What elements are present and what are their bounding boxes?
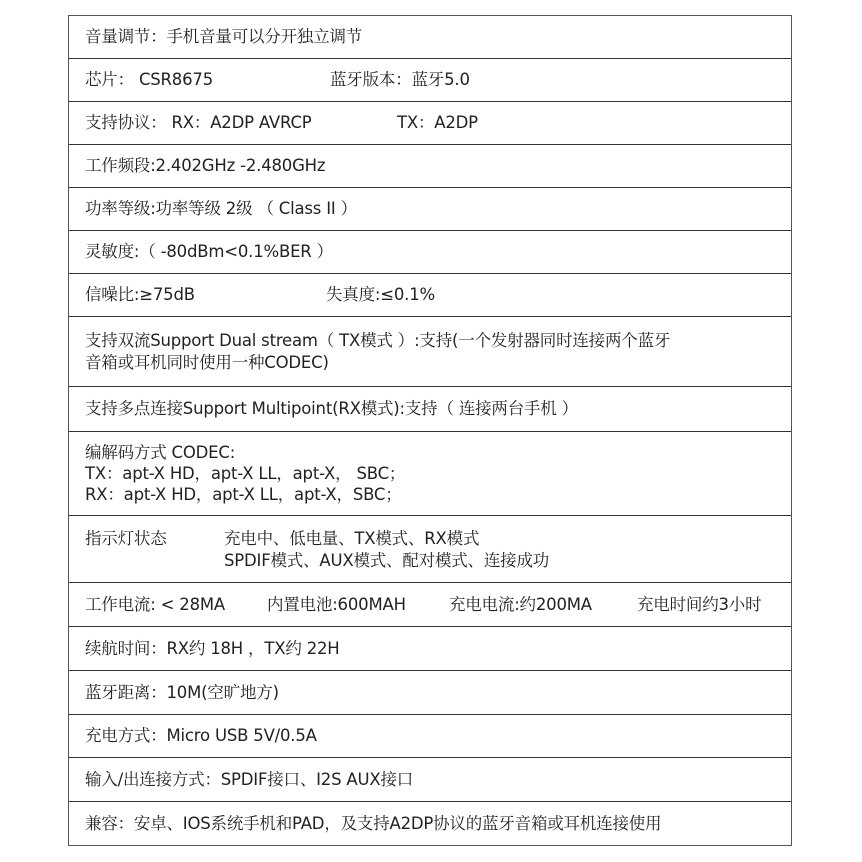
spec-text: 输入/出连接方式：SPDIF接口、I2S AUX接口 [85,769,785,791]
spec-row-volume: 音量调节：手机音量可以分开独立调节 [69,16,791,59]
spec-row-chip: 芯片： CSR8675 蓝牙版本：蓝牙5.0 [69,59,791,102]
spec-row-protocol: 支持协议： RX：A2DP AVRCP TX：A2DP [69,102,791,145]
spec-charge-current: 充电电流:约200MA [449,594,637,616]
spec-row-snr: 信噪比:≥75dB 失真度:≤0.1% [69,274,791,317]
spec-text: 音量调节：手机音量可以分开独立调节 [85,26,785,48]
spec-text: 工作频段:2.402GHz -2.480GHz [85,155,785,177]
spec-text: 续航时间：RX约 18H ，TX约 22H [85,638,785,660]
indicator-value: 充电中、低电量、TX模式、RX模式 [224,528,549,550]
spec-text: 蓝牙距离：10M(空旷地方) [85,682,785,704]
spec-row-dual-stream: 支持双流Support Dual stream（ TX模式 ）:支持(一个发射器… [69,317,791,387]
spec-row-power-class: 功率等级:功率等级 2级 （ Class II ） [69,188,791,231]
spec-row-frequency: 工作频段:2.402GHz -2.480GHz [69,145,791,188]
indicator-value: SPDIF模式、AUX模式、配对模式、连接成功 [224,550,549,572]
spec-line: 支持双流Support Dual stream（ TX模式 ）:支持(一个发射器… [85,330,785,352]
spec-text: 功率等级:功率等级 2级 （ Class II ） [85,198,785,220]
spec-working-current: 工作电流: < 28MA [85,594,267,616]
spec-row-current: 工作电流: < 28MA 内置电池:600MAH 充电电流:约200MA 充电时… [69,583,791,627]
spec-table: 音量调节：手机音量可以分开独立调节 芯片： CSR8675 蓝牙版本：蓝牙5.0… [68,15,792,846]
spec-line: 编解码方式 CODEC: [85,442,785,463]
spec-row-range: 蓝牙距离：10M(空旷地方) [69,671,791,715]
spec-row-sensitivity: 灵敏度:（ -80dBm<0.1%BER ） [69,231,791,274]
spec-battery: 内置电池:600MAH [267,594,449,616]
spec-protocol-rx: 支持协议： RX：A2DP AVRCP [85,112,397,134]
spec-text: 兼容：安卓、IOS系统手机和PAD，及支持A2DP协议的蓝牙音箱或耳机连接使用 [85,813,785,835]
spec-row-battery-life: 续航时间：RX约 18H ，TX约 22H [69,627,791,671]
spec-row-multipoint: 支持多点连接Support Multipoint(RX模式):支持（ 连接两台手… [69,387,791,432]
spec-bluetooth-version: 蓝牙版本：蓝牙5.0 [330,69,470,91]
spec-row-io: 输入/出连接方式：SPDIF接口、I2S AUX接口 [69,758,791,802]
spec-text: 灵敏度:（ -80dBm<0.1%BER ） [85,241,785,263]
spec-text: 充电方式：Micro USB 5V/0.5A [85,725,785,747]
spec-protocol-tx: TX：A2DP [397,112,478,134]
indicator-label: 指示灯状态 [85,528,224,550]
spec-row-charging: 充电方式：Micro USB 5V/0.5A [69,715,791,758]
spec-chip: 芯片： CSR8675 [85,69,330,91]
spec-charge-time: 充电时间约3小时 [637,594,761,616]
spec-row-indicator: 指示灯状态 充电中、低电量、TX模式、RX模式 SPDIF模式、AUX模式、配对… [69,516,791,583]
spec-text: 支持多点连接Support Multipoint(RX模式):支持（ 连接两台手… [85,398,785,420]
spec-line: RX：apt-X HD，apt-X LL，apt-X，SBC； [85,484,785,505]
spec-line: 音箱或耳机同时使用一种CODEC) [85,352,785,374]
spec-line: TX：apt-X HD，apt-X LL，apt-X， SBC； [85,463,785,484]
spec-row-compatibility: 兼容：安卓、IOS系统手机和PAD，及支持A2DP协议的蓝牙音箱或耳机连接使用 [69,802,791,845]
spec-distortion: 失真度:≤0.1% [326,284,435,306]
spec-snr: 信噪比:≥75dB [85,284,326,306]
spec-row-codec: 编解码方式 CODEC: TX：apt-X HD，apt-X LL，apt-X，… [69,432,791,516]
